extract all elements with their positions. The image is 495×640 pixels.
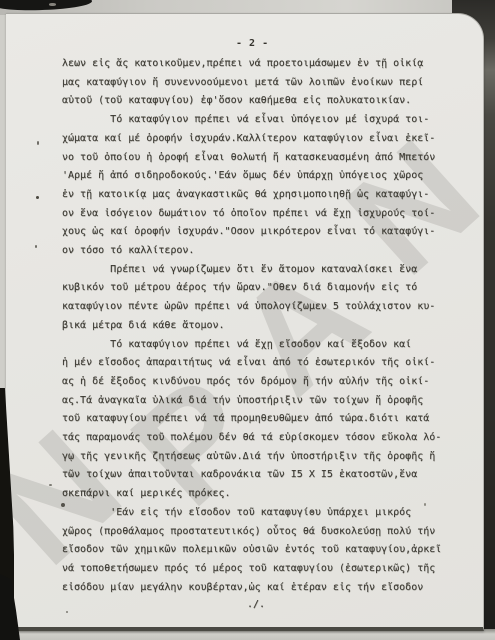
scan-speck bbox=[61, 503, 65, 507]
scan-speck bbox=[49, 484, 52, 486]
paragraph: Τό καταφύγιον πρέπει νά ἔχῃ εἴσοδον καί … bbox=[62, 336, 462, 504]
scan-speck bbox=[311, 511, 313, 513]
paragraph: 'Εάν εἰς τήν εἴσοδον τοῦ καταφυγίου ὑπάρ… bbox=[62, 504, 462, 598]
scan-speck bbox=[66, 611, 68, 613]
scan-speck bbox=[37, 141, 39, 145]
paragraph: Τό καταφύγιον πρέπει νά εἶναι ὑπόγειον μ… bbox=[62, 111, 462, 261]
typewritten-text-block: λεων εἰς ἅς κατοικοῦμεν,πρέπει νά προετο… bbox=[62, 55, 462, 597]
scan-speck bbox=[35, 245, 37, 248]
paragraph: λεων εἰς ἅς κατοικοῦμεν,πρέπει νά προετο… bbox=[62, 55, 462, 111]
paragraph: Πρέπει νά γνωρίζωμεν ὅτι ἕν ἄτομον καταν… bbox=[62, 261, 462, 336]
page-continuation-mark: ./. bbox=[247, 599, 265, 610]
document-page: Ν Ρ Α Ν - 2 - λεων εἰς ἅς κατοικοῦμεν,πρ… bbox=[6, 13, 484, 631]
scan-speck bbox=[36, 196, 39, 199]
scan-speck bbox=[49, 3, 56, 6]
scan-speck bbox=[424, 503, 426, 506]
page-number: - 2 - bbox=[236, 38, 269, 49]
